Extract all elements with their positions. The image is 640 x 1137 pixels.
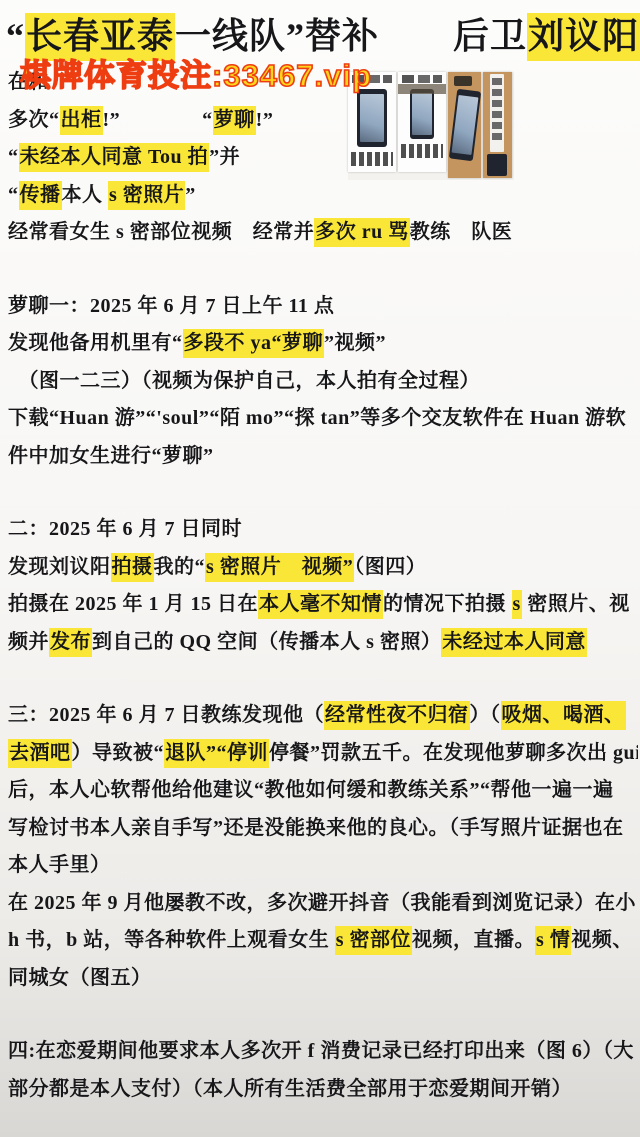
highlighted-text: s 密照片 视频” <box>205 553 354 582</box>
text-run: （图四） <box>354 556 426 578</box>
text-line: 发现刘议阳拍摄我的“s 密照片 视频”（图四） <box>8 549 638 587</box>
text-run: 同城女（图五） <box>8 967 152 989</box>
text-run: ”视频” <box>324 332 386 354</box>
text-line: 经常看女生 s 密部位视频 经常并多次 ru 骂教练 队医 <box>8 214 638 252</box>
paragraph: 萝聊一：2025 年 6 月 7 日上午 11 点发现他备用机里有“多段不 ya… <box>8 288 638 476</box>
text-run: ）导致被“ <box>72 742 165 764</box>
text-run: 下载“Huan 游”“'soul”“陌 mo”“探 tan”等多个交友软件在 H… <box>8 407 626 429</box>
text-line: 四:在恋爱期间他要求本人多次开 f 消费记录已经打印出来（图 6）（大 <box>8 1033 638 1071</box>
text-run: 的情况下拍摄 <box>383 593 512 615</box>
highlighted-text: 传播 <box>19 181 62 210</box>
evidence-photo-2 <box>398 72 446 172</box>
highlighted-text: 本人毫不知情 <box>258 590 383 619</box>
text-run: ）（ <box>470 704 501 726</box>
text-run: ”并 <box>209 146 240 168</box>
text-line: 去酒吧）导致被“退队”“停训停餐”罚款五千。在发现他萝聊多次出 gui <box>8 735 638 773</box>
phone-thumbnail <box>357 89 387 147</box>
text-run: 经常看女生 s 密部位视频 经常并 <box>8 221 314 243</box>
text-line: （图一二三）（视频为保护自己，本人拍有全过程） <box>8 363 638 401</box>
text-run: 本人手里） <box>8 854 111 876</box>
highlighted-text: 吸烟、喝酒、 <box>501 701 626 730</box>
photo-statusbar <box>402 75 442 83</box>
text-run: 发现他备用机里有“ <box>8 332 183 354</box>
highlighted-text: 多段不 ya“萝聊 <box>183 329 325 358</box>
text-line: 同城女（图五） <box>8 960 638 998</box>
text-run: 后，本人心软帮他给他建议“教他如何缓和教练关系”“帮他一遍一遍 <box>8 779 614 801</box>
text-line: 三：2025 年 6 月 7 日教练发现他（经常性夜不归宿）（吸烟、喝酒、 <box>8 697 638 735</box>
text-run: 四:在恋爱期间他要求本人多次开 f 消费记录已经打印出来（图 6）（大 <box>8 1040 634 1062</box>
text-run: “ <box>8 184 19 206</box>
highlighted-text: s 密照片 <box>108 181 185 210</box>
text-run: 在 2025 年 9 月他屡教不改，多次避开抖音（我能看到浏览记录）在小 <box>8 892 636 914</box>
text-run: 二：2025 年 6 月 7 日同时 <box>8 518 242 540</box>
text-line: 件中加女生进行“萝聊” <box>8 438 638 476</box>
text-run: !” <box>103 109 121 131</box>
text-run: 到自己的 QQ 空间（传播本人 s 密照） <box>92 631 441 653</box>
phone-screen <box>451 95 477 156</box>
text-line: 在 2025 年 9 月他屡教不改，多次避开抖音（我能看到浏览记录）在小 <box>8 885 638 923</box>
text-run: （图一二三）（视频为保护自己，本人拍有全过程） <box>8 370 480 392</box>
highlighted-text: 多次 ru 骂 <box>314 218 410 247</box>
desk-object <box>454 76 472 86</box>
paragraph: 四:在恋爱期间他要求本人多次开 f 消费记录已经打印出来（图 6）（大部分都是本… <box>8 1033 638 1108</box>
text-line: “未经本人同意 Tou 拍”并 <box>8 139 638 177</box>
text-run: 萝聊一：2025 年 6 月 7 日上午 11 点 <box>8 295 334 317</box>
evidence-photo-strip <box>348 72 514 180</box>
document-page: “长春亚泰一线队”替补 后卫刘议阳 棋牌体育投注:33467.vip 在和多次“… <box>0 0 640 1137</box>
highlighted-text: 未经本人同意 Tou 拍 <box>19 143 210 172</box>
text-line: 多次“出柜!” “萝聊!” <box>8 102 638 140</box>
text-run: “ <box>8 146 19 168</box>
text-line: 写检讨书本人亲自手写”还是没能换来他的良心。（手写照片证据也在 <box>8 810 638 848</box>
text-run: 教练 队医 <box>410 221 513 243</box>
highlighted-text: s <box>512 590 522 619</box>
text-line: 拍摄在 2025 年 1 月 15 日在本人毫不知情的情况下拍摄 s 密照片、视 <box>8 586 638 624</box>
phone-thumbnail <box>448 89 480 161</box>
text-run: 停餐”罚款五千。在发现他萝聊多次出 gui <box>269 742 638 764</box>
text-run: 拍摄在 2025 年 1 月 15 日在 <box>8 593 258 615</box>
text-run: 视频、 <box>571 929 633 951</box>
watermark-overlay: 棋牌体育投注:33467.vip <box>20 50 372 95</box>
text-run: 件中加女生进行“萝聊” <box>8 445 214 467</box>
text-run: 后卫 <box>453 16 527 56</box>
text-run: !” <box>256 109 274 131</box>
text-run: 三：2025 年 6 月 7 日教练发现他（ <box>8 704 324 726</box>
highlighted-text: 发布 <box>49 628 92 657</box>
text-run: 我的“ <box>154 556 206 578</box>
phone-screen <box>360 94 384 143</box>
text-run: “ <box>202 109 213 131</box>
text-run: 视频，直播。 <box>412 929 535 951</box>
highlighted-text: 未经过本人同意 <box>441 628 587 657</box>
text-line: 下载“Huan 游”“'soul”“陌 mo”“探 tan”等多个交友软件在 H… <box>8 400 638 438</box>
text-run: 写检讨书本人亲自手写”还是没能换来他的良心。（手写照片证据也在 <box>8 817 624 839</box>
highlighted-text: s 密部位 <box>335 926 412 955</box>
text-run: 发现刘议阳 <box>8 556 111 578</box>
phone-thumbnail <box>410 89 434 139</box>
evidence-photo-3 <box>448 72 481 178</box>
text-line: 频并发布到自己的 QQ 空间（传播本人 s 密照）未经过本人同意 <box>8 624 638 662</box>
app-icons-row <box>351 152 393 166</box>
highlighted-text: 去酒吧 <box>8 739 72 768</box>
text-run: 多次“ <box>8 109 60 131</box>
text-run: ” <box>185 184 196 206</box>
paragraph: 二：2025 年 6 月 7 日同时发现刘议阳拍摄我的“s 密照片 视频”（图四… <box>8 511 638 661</box>
text-line: h 书，b 站，等各种软件上观看女生 s 密部位视频，直播。s 情视频、 <box>8 922 638 960</box>
text-line: 萝聊一：2025 年 6 月 7 日上午 11 点 <box>8 288 638 326</box>
highlighted-text: 拍摄 <box>111 553 154 582</box>
highlighted-text: 出柜 <box>60 106 103 135</box>
text-run: 本人 <box>62 184 109 206</box>
app-icons-row <box>401 144 443 158</box>
document-body: 在和多次“出柜!” “萝聊!”“未经本人同意 Tou 拍”并“传播本人 s 密照… <box>8 64 638 1108</box>
highlighted-text: s 情 <box>535 926 571 955</box>
text-line: 本人手里） <box>8 847 638 885</box>
evidence-photo-4 <box>483 72 512 178</box>
highlighted-text: 萝聊 <box>213 106 256 135</box>
paragraph: 三：2025 年 6 月 7 日教练发现他（经常性夜不归宿）（吸烟、喝酒、去酒吧… <box>8 697 638 997</box>
chat-screenshot-strip <box>490 74 504 152</box>
text-run: 密照片、视 <box>522 593 630 615</box>
text-line: 二：2025 年 6 月 7 日同时 <box>8 511 638 549</box>
text-line: 部分都是本人支付）（本人所有生活费全部用于恋爱期间开销） <box>8 1071 638 1109</box>
highlighted-text: 刘议阳 <box>527 13 640 61</box>
phone-screen <box>412 93 431 135</box>
text-line: 后，本人心软帮他给他建议“教他如何缓和教练关系”“帮他一遍一遍 <box>8 772 638 810</box>
desk-edge <box>398 84 446 94</box>
text-run: h 书，b 站，等各种软件上观看女生 <box>8 929 335 951</box>
text-line: 发现他备用机里有“多段不 ya“萝聊”视频” <box>8 325 638 363</box>
text-line: “传播本人 s 密照片” <box>8 177 638 215</box>
text-run: 部分都是本人支付）（本人所有生活费全部用于恋爱期间开销） <box>8 1078 572 1100</box>
phone-thumbnail <box>487 154 507 176</box>
text-run <box>379 16 453 56</box>
highlighted-text: 经常性夜不归宿 <box>324 701 470 730</box>
text-run <box>120 109 202 131</box>
text-run: 频并 <box>8 631 49 653</box>
highlighted-text: 退队”“停训 <box>164 739 269 768</box>
